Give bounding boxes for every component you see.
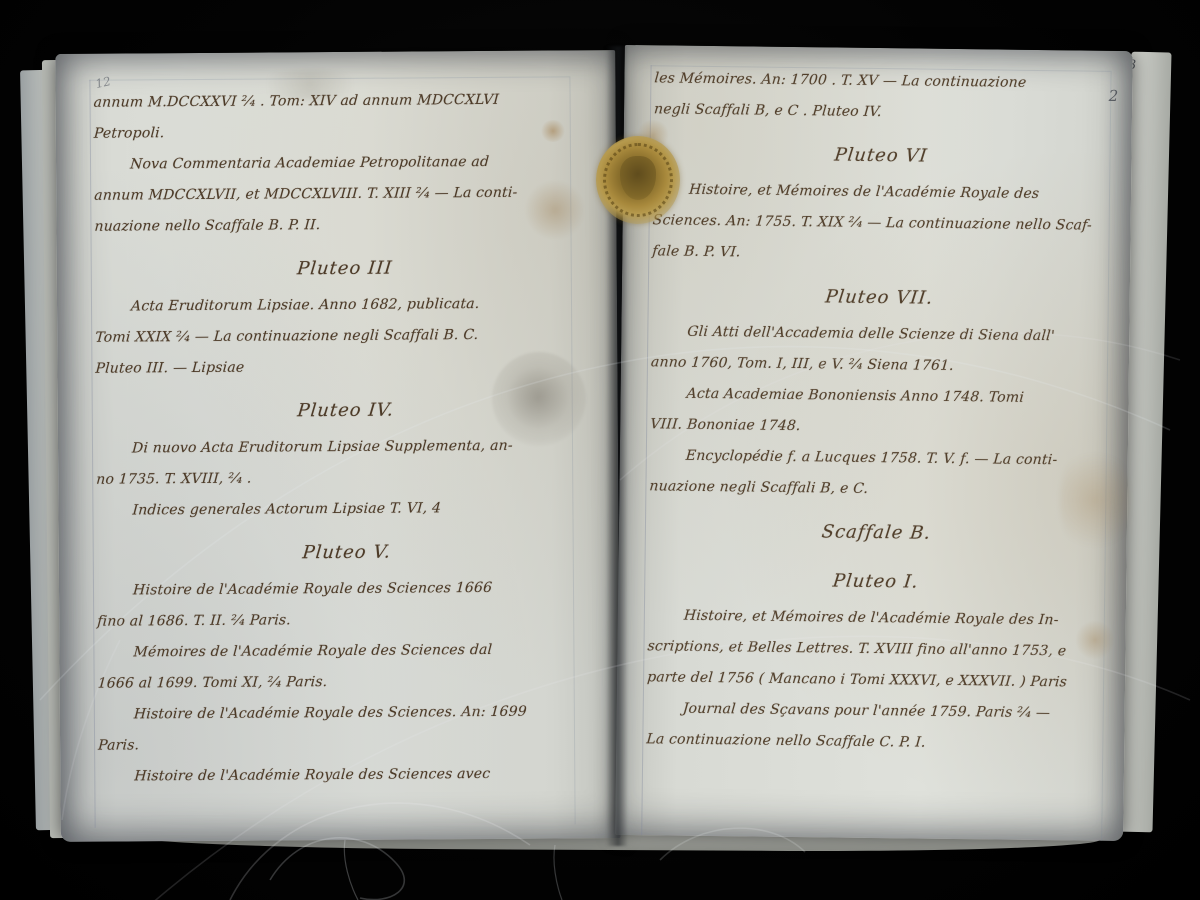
manuscript-line: annum MDCCXLVII, et MDCCXLVIII. T. XIII … bbox=[94, 183, 595, 205]
left-page-text: annum M.DCCXXVI ²⁄₄ . Tom: XIV ad annum … bbox=[94, 90, 599, 798]
manuscript-line: nuazione negli Scaffali B, e C. bbox=[649, 477, 1106, 502]
manuscript-line: Histoire de l'Académie Royale des Scienc… bbox=[97, 702, 598, 724]
section-heading: Scaffale B. bbox=[648, 520, 1105, 545]
manuscript-line: no 1735. T. XVIII, ²⁄₄ . bbox=[96, 467, 597, 489]
left-page: 12 annum M.DCCXXVI ²⁄₄ . Tom: XIV ad ann… bbox=[55, 50, 620, 842]
top-frame-rule bbox=[89, 76, 569, 80]
manuscript-line: nuazione nello Scaffale B. P. II. bbox=[94, 214, 595, 236]
manuscript-line: les Mémoires. An: 1700 . T. XV — La cont… bbox=[654, 69, 1111, 94]
corner-foliation-mark: 12 bbox=[94, 74, 112, 91]
section-heading: Pluteo III bbox=[94, 257, 596, 280]
manuscript-line: Nova Commentaria Academiae Petropolitana… bbox=[93, 152, 594, 174]
manuscript-line: fale B. P. VI. bbox=[652, 242, 1109, 267]
manuscript-line: Histoire, et Mémoires de l'Académie Roya… bbox=[647, 606, 1104, 631]
section-heading: Pluteo I. bbox=[647, 569, 1104, 594]
manuscript-photo: 3 12 annum M.DCCXXVI ²⁄₄ . Tom: XIV ad a… bbox=[0, 0, 1200, 900]
manuscript-line: Mémoires de l'Académie Royale des Scienc… bbox=[97, 640, 598, 662]
manuscript-line: VIII. Bononiae 1748. bbox=[649, 415, 1106, 440]
manuscript-line: 1666 al 1699. Tomi XI, ²⁄₄ Paris. bbox=[97, 671, 598, 693]
manuscript-line: Sciences. An: 1755. T. XIX ²⁄₄ — La cont… bbox=[652, 211, 1109, 236]
manuscript-line: Paris. bbox=[97, 733, 598, 755]
manuscript-line: Histoire, et Mémoires de l'Académie Roya… bbox=[652, 180, 1109, 205]
embossed-blind-stamp-icon bbox=[492, 352, 586, 446]
right-page-text: les Mémoires. An: 1700 . T. XV — La cont… bbox=[646, 69, 1109, 767]
manuscript-line: Tomi XXIX ²⁄₄ — La continuazione negli S… bbox=[95, 325, 596, 347]
manuscript-line: Encyclopédie f. a Lucques 1758. T. V. f.… bbox=[649, 446, 1106, 471]
section-heading: Pluteo VI bbox=[652, 143, 1109, 168]
manuscript-line: parte del 1756 ( Mancano i Tomi XXXVI, e… bbox=[646, 668, 1103, 693]
manuscript-line: fino al 1686. T. II. ²⁄₄ Paris. bbox=[97, 609, 598, 631]
manuscript-line: Gli Atti dell'Accademia delle Scienze di… bbox=[651, 322, 1108, 347]
right-page: 2 les Mémoires. An: 1700 . T. XV — La co… bbox=[615, 45, 1133, 841]
manuscript-line: scriptions, et Belles Lettres. T. XVIII … bbox=[647, 637, 1104, 662]
manuscript-line: Histoire de l'Académie Royale des Scienc… bbox=[96, 578, 597, 600]
section-heading: Pluteo VII. bbox=[651, 285, 1108, 310]
manuscript-line: Histoire de l'Académie Royale des Scienc… bbox=[98, 764, 599, 786]
gold-library-stamp-icon bbox=[596, 136, 680, 224]
manuscript-line: Petropoli. bbox=[93, 121, 594, 143]
manuscript-line: anno 1760, Tom. I, III, e V. ²⁄₄ Siena 1… bbox=[650, 353, 1107, 378]
page-number: 2 bbox=[1109, 87, 1119, 105]
manuscript-line: Journal des Sçavans pour l'année 1759. P… bbox=[646, 699, 1103, 724]
manuscript-line: Acta Academiae Bononiensis Anno 1748. To… bbox=[650, 384, 1107, 409]
manuscript-line: Acta Eruditorum Lipsiae. Anno 1682, publ… bbox=[94, 294, 595, 316]
section-heading: Pluteo V. bbox=[96, 541, 598, 564]
manuscript-line: annum M.DCCXXVI ²⁄₄ . Tom: XIV ad annum … bbox=[93, 90, 594, 112]
manuscript-line: negli Scaffali B, e C . Pluteo IV. bbox=[653, 100, 1110, 125]
manuscript-line: La continuazione nello Scaffale C. P. I. bbox=[646, 730, 1103, 755]
manuscript-line: Indices generales Actorum Lipsiae T. VI,… bbox=[96, 498, 597, 520]
